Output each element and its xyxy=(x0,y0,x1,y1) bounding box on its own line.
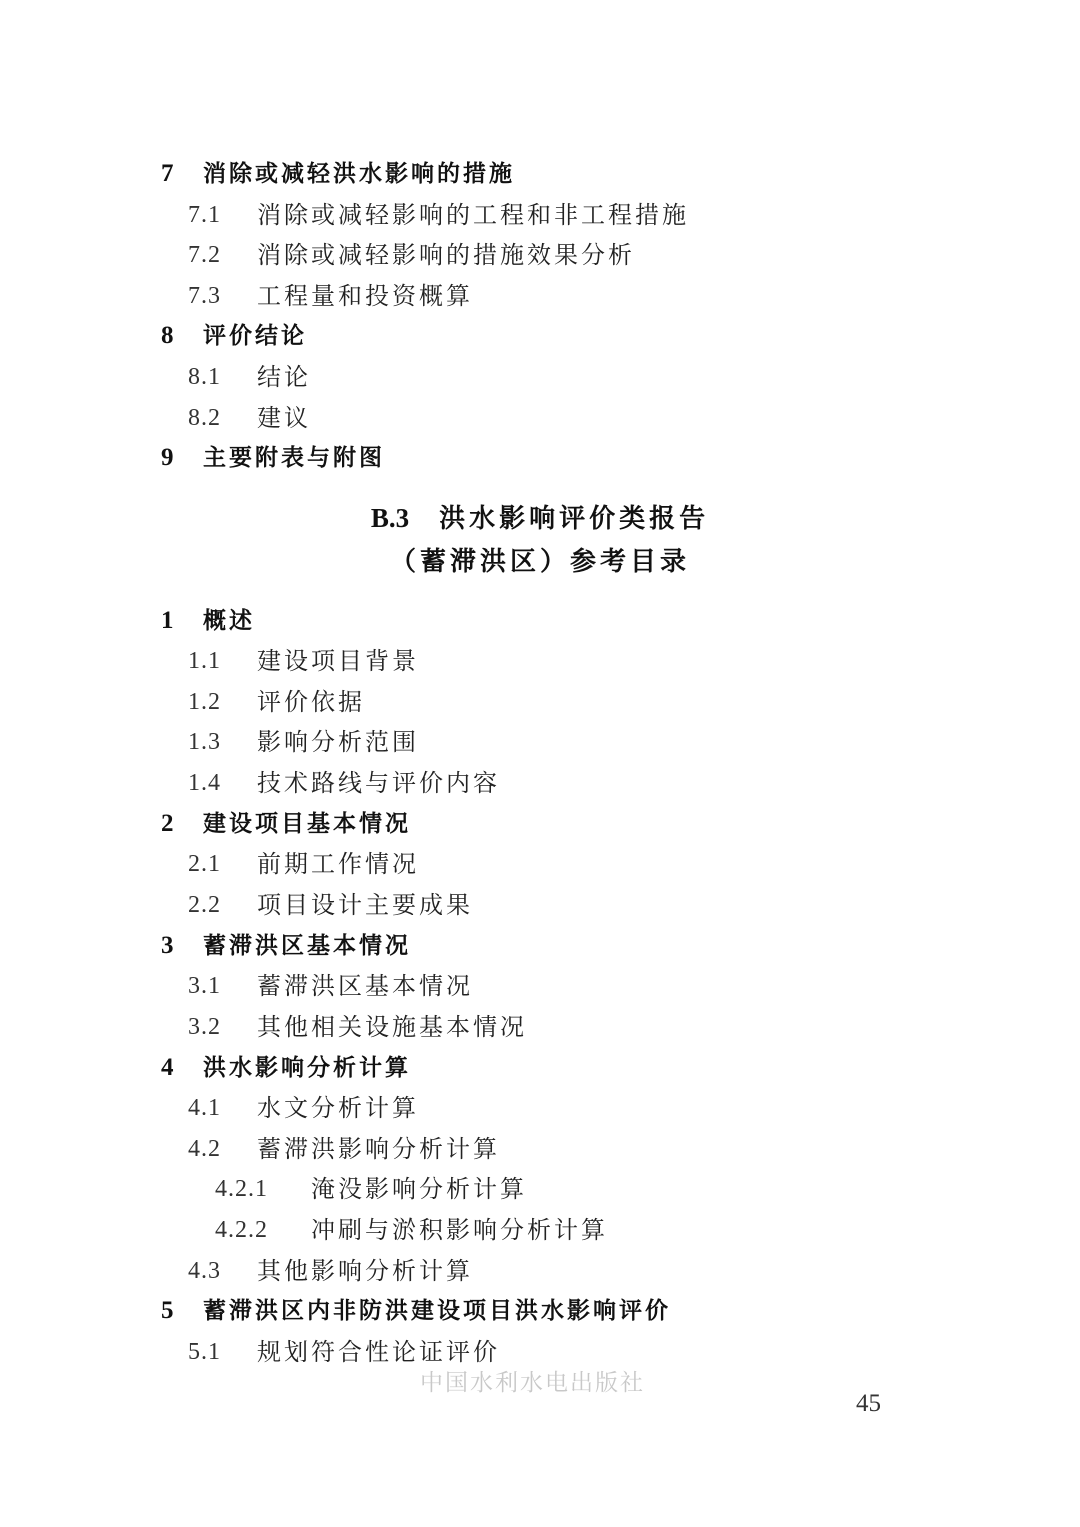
toc-text: 建设项目基本情况 xyxy=(203,804,411,844)
toc-text: 消除或减轻洪水影响的措施 xyxy=(203,154,515,194)
toc-number: 1.1 xyxy=(188,641,221,681)
toc-number: 2.2 xyxy=(188,885,221,925)
toc-text: 蓄滞洪区基本情况 xyxy=(203,926,411,966)
toc-number: 4.2 xyxy=(188,1129,221,1169)
section-title-text: 洪水影响评价类报告 xyxy=(439,504,709,534)
toc-text: 主要附表与附图 xyxy=(203,438,385,478)
toc-text: 冲刷与淤积影响分析计算 xyxy=(311,1210,608,1250)
toc-text: 其他相关设施基本情况 xyxy=(257,1007,527,1047)
toc-text: 洪水影响分析计算 xyxy=(203,1048,411,1088)
toc-number: 4.1 xyxy=(188,1088,221,1128)
toc-number: 1.4 xyxy=(188,763,221,803)
section-title-line2: （蓄滞洪区）参考目录 xyxy=(0,540,1080,584)
toc-text: 水文分析计算 xyxy=(257,1088,419,1128)
toc-text: 项目设计主要成果 xyxy=(257,885,473,925)
toc-text: 其他影响分析计算 xyxy=(257,1251,473,1291)
toc-number: 4.2.1 xyxy=(215,1169,268,1209)
toc-text: 概述 xyxy=(203,601,255,641)
toc-text: 影响分析范围 xyxy=(257,722,419,762)
toc-number: 7.1 xyxy=(188,195,221,235)
toc-number: 3.2 xyxy=(188,1007,221,1047)
toc-text: 评价结论 xyxy=(203,316,307,356)
toc-number: 5.1 xyxy=(188,1332,221,1372)
toc-number: 1.2 xyxy=(188,682,221,722)
toc-number: 8.1 xyxy=(188,357,221,397)
toc-number: 3.1 xyxy=(188,966,221,1006)
toc-number: 2 xyxy=(161,804,174,844)
toc-text: 评价依据 xyxy=(257,682,365,722)
toc-text: 消除或减轻影响的工程和非工程措施 xyxy=(257,195,689,235)
toc-text: 蓄滞洪区基本情况 xyxy=(257,966,473,1006)
toc-text: 结论 xyxy=(257,357,311,397)
toc-text: 工程量和投资概算 xyxy=(257,276,473,316)
toc-text: 蓄滞洪影响分析计算 xyxy=(257,1129,500,1169)
publisher-watermark: 中国水利水电出版社 xyxy=(420,1364,645,1397)
toc-number: 4 xyxy=(161,1048,174,1088)
toc-text: 建议 xyxy=(257,398,311,438)
toc-number: 4.3 xyxy=(188,1251,221,1291)
toc-text: 建设项目背景 xyxy=(257,641,419,681)
toc-text: 消除或减轻影响的措施效果分析 xyxy=(257,235,635,275)
toc-text: 技术路线与评价内容 xyxy=(257,763,500,803)
toc-number: 7 xyxy=(161,154,174,194)
toc-text: 淹没影响分析计算 xyxy=(311,1169,527,1209)
toc-number: 3 xyxy=(161,926,174,966)
document-page: 7 消除或减轻洪水影响的措施 7.1 消除或减轻影响的工程和非工程措施 7.2 … xyxy=(0,0,1080,1527)
toc-number: 1.3 xyxy=(188,722,221,762)
section-code: B.3 xyxy=(371,503,409,533)
toc-text: 前期工作情况 xyxy=(257,844,419,884)
toc-number: 5 xyxy=(161,1291,174,1331)
section-subtitle-text: （蓄滞洪区）参考目录 xyxy=(390,547,690,577)
toc-number: 2.1 xyxy=(188,844,221,884)
toc-number: 1 xyxy=(161,601,174,641)
page-number: 45 xyxy=(856,1390,881,1418)
toc-number: 8 xyxy=(161,316,174,356)
toc-number: 7.3 xyxy=(188,276,221,316)
toc-text: 蓄滞洪区内非防洪建设项目洪水影响评价 xyxy=(203,1291,671,1331)
section-title-line1: B.3洪水影响评价类报告 xyxy=(0,496,1080,540)
toc-number: 8.2 xyxy=(188,398,221,438)
toc-number: 7.2 xyxy=(188,235,221,275)
toc-number: 4.2.2 xyxy=(215,1210,268,1250)
toc-number: 9 xyxy=(161,438,174,478)
